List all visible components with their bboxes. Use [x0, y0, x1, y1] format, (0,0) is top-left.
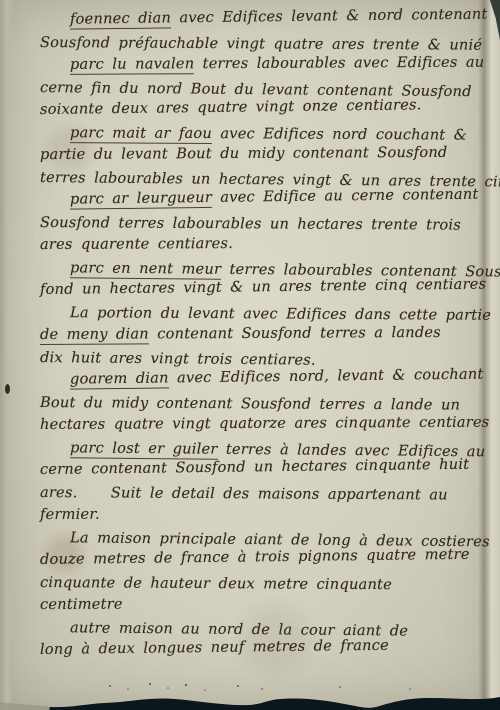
ink-speck	[5, 384, 10, 394]
field-name-underlined: parc lu navalen	[70, 55, 194, 75]
text-segment: ares. Suit le detail des maisons apparte…	[40, 484, 448, 503]
field-name-underlined: parc ar leurgueur	[70, 189, 212, 210]
text-line: parc ar leurgueur avec Edifice au cerne …	[40, 184, 478, 212]
torn-left-edge	[0, 0, 15, 710]
field-name-underlined: de meny dian	[40, 325, 149, 345]
text-line: centimetre	[40, 592, 478, 617]
text-segment: Bout du midy contenant Sousfond terres a…	[40, 394, 460, 414]
text-segment: terres labourables avec Edifices au	[194, 54, 484, 73]
text-segment: ares quarente centiares.	[40, 235, 233, 253]
text-segment: Sousfond terres labourables un hectares …	[40, 214, 461, 234]
text-segment: avec Edifices levant & nord contenant	[171, 6, 488, 27]
text-line: parc lu navalen terres labourables avec …	[40, 52, 478, 77]
text-line: long à deux longues neuf metres de franc…	[40, 634, 478, 662]
text-segment: cerne contenant Sousfond un hectares cin…	[40, 456, 469, 478]
manuscript-text: foennec dian avec Edifices levant & nord…	[40, 9, 478, 662]
text-line: fond un hectares vingt & un ares trente …	[40, 274, 478, 302]
text-segment: avec Edifices nord, levant & couchant	[169, 366, 484, 387]
text-segment: hectares quatre vingt quatorze ares cinq…	[40, 414, 490, 433]
text-line: goarem dian avec Edifices nord, levant &…	[40, 364, 478, 392]
text-segment: fond un hectares vingt & un ares trente …	[40, 276, 486, 298]
text-segment: long à deux longues neuf metres de franc…	[40, 637, 389, 658]
text-line: douze metres de france à trois pignons q…	[40, 544, 478, 572]
text-segment: avec Edifice au cerne contenant	[212, 186, 479, 206]
text-segment: contenant Sousfond terres a landes	[149, 324, 441, 343]
torn-bottom-edge	[0, 680, 500, 710]
text-segment: Sousfond préfauchable vingt quatre ares …	[40, 34, 482, 54]
page-fold-right-edge	[478, 0, 500, 710]
text-segment: soixante deux ares quatre vingt onze cen…	[40, 96, 422, 118]
text-segment: cinquante de hauteur deux metre cinquant…	[40, 574, 392, 593]
text-line: hectares quatre vingt quatorze ares cinq…	[40, 412, 478, 437]
text-line: soixante deux ares quatre vingt onze cen…	[40, 94, 478, 122]
text-segment: douze metres de france à trois pignons q…	[40, 546, 470, 568]
text-segment: avec Edifices nord couchant &	[212, 125, 467, 144]
text-line: ares quarente centiares.	[40, 232, 478, 257]
manuscript-page: foennec dian avec Edifices levant & nord…	[0, 0, 500, 710]
text-line: cerne contenant Sousfond un hectares cin…	[40, 454, 478, 482]
field-name-underlined: goarem dian	[70, 369, 169, 389]
text-segment: centimetre	[40, 596, 123, 613]
paper-specks	[109, 683, 411, 691]
text-line: foennec dian avec Edifices levant & nord…	[40, 4, 478, 32]
field-name-underlined: parc mait ar faou	[70, 124, 212, 144]
field-name-underlined: foennec dian	[70, 9, 171, 29]
text-segment: partie du levant Bout du midy contenant …	[40, 144, 448, 163]
text-line: de meny dian contenant Sousfond terres a…	[40, 322, 478, 347]
text-segment: fermier.	[40, 506, 100, 523]
text-line: fermier.	[40, 502, 478, 527]
text-segment: La portion du levant avec Edifices dans …	[70, 304, 491, 324]
text-line: partie du levant Bout du midy contenant …	[40, 142, 478, 167]
